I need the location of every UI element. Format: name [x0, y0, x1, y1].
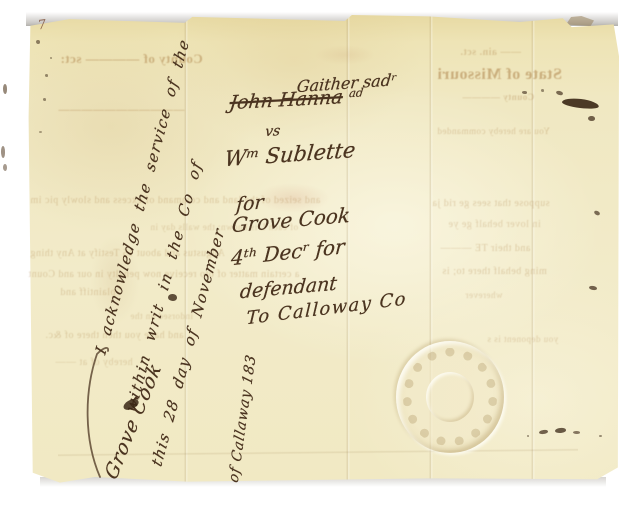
- ink-speck: [36, 40, 40, 44]
- ink-speck: [50, 57, 52, 59]
- ink-speck: [39, 131, 42, 133]
- bleed-through-line: and seized of the land and command of ex…: [30, 195, 320, 206]
- bleed-through-line: suppose that sees ge rid ja: [432, 198, 550, 209]
- ink-speck: [1, 146, 5, 158]
- bleed-through-line: in lover behalf ge ye: [448, 219, 541, 230]
- bleed-through-line: ming behalf there to; is: [442, 266, 547, 277]
- embossed-circular-seal: [396, 341, 504, 453]
- ink-speck: [3, 84, 7, 94]
- fold-crease: [531, 14, 535, 484]
- bleed-through-line: State of Missouri: [437, 66, 562, 84]
- ink-speck: [599, 435, 602, 437]
- bleed-through-line: wherever: [465, 290, 502, 300]
- ink-speck: [43, 98, 46, 101]
- versus-label: vs: [264, 123, 281, 140]
- ink-speck: [588, 116, 595, 121]
- struck-suffix: ad: [348, 85, 364, 100]
- ink-speck: [45, 74, 48, 77]
- ink-speck: [527, 435, 529, 437]
- bleed-through-line: and their TE ———: [440, 243, 530, 254]
- fold-crease-horizontal: [58, 448, 578, 456]
- bleed-through-line: You are hereby commanded: [437, 126, 550, 136]
- ink-blot: [168, 294, 177, 301]
- bleed-through-line: hereby of at ——: [55, 357, 133, 368]
- ink-speck: [522, 91, 527, 94]
- ink-speck: [3, 164, 7, 171]
- ink-speck: [573, 431, 580, 434]
- ink-speck: [541, 89, 544, 92]
- bleed-through-line: you deponent is s: [487, 334, 558, 344]
- seal-center: [426, 372, 474, 422]
- bleed-through-line: —— ain. sct.: [460, 47, 521, 58]
- stain: [315, 45, 375, 65]
